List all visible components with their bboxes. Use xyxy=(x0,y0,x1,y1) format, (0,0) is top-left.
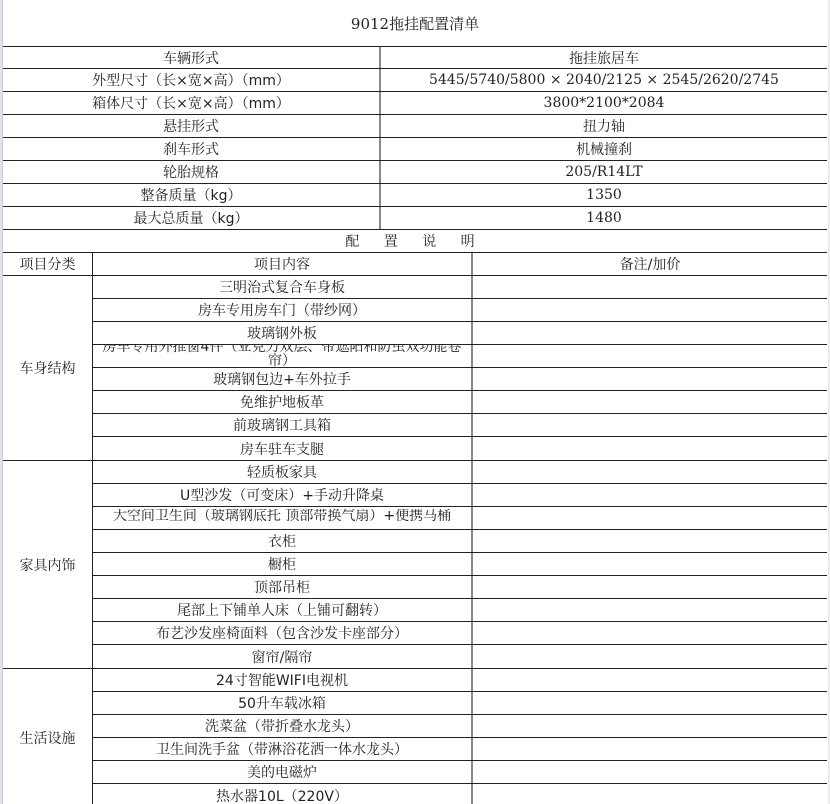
spec-row: 最大总质量（kg） 1480 xyxy=(3,207,827,230)
item-text: 轻质板家具 xyxy=(93,461,473,483)
spec-row: 整备质量（kg） 1350 xyxy=(3,184,827,207)
table-row: 房车专用外推窗4件（亚克力双层、带遮阳和防虫双功能卷帘） xyxy=(93,345,827,368)
item-note xyxy=(473,461,827,483)
table-row: 房车驻车支腿 xyxy=(93,437,827,460)
spec-label: 箱体尺寸（长×宽×高）（mm） xyxy=(3,92,381,114)
item-note xyxy=(473,391,827,413)
header-item: 项目内容 xyxy=(93,253,473,275)
spec-value: 机械撞刹 xyxy=(381,138,827,160)
item-text: U型沙发（可变床）+手动升降桌 xyxy=(93,484,473,506)
item-note xyxy=(473,507,827,529)
item-note xyxy=(473,645,827,668)
item-note xyxy=(473,553,827,575)
item-text: 美的电磁炉 xyxy=(93,761,473,783)
item-text: 热水器10L（220V） xyxy=(93,784,473,804)
spec-label: 车辆形式 xyxy=(3,47,381,68)
table-row: 衣柜 xyxy=(93,530,827,553)
table-row: 大空间卫生间（玻璃钢底托 顶部带换气扇）+便携马桶 xyxy=(93,507,827,530)
item-note xyxy=(473,322,827,344)
spec-label: 悬挂形式 xyxy=(3,115,381,137)
item-note xyxy=(473,414,827,436)
item-text: 房车专用房车门（带纱网） xyxy=(93,299,473,321)
item-text: 免维护地板革 xyxy=(93,391,473,413)
table-row: 24寸智能WIFI电视机 xyxy=(93,669,827,692)
spec-value: 1480 xyxy=(381,207,827,229)
table-row: 洗菜盆（带折叠水龙头） xyxy=(93,715,827,738)
item-note xyxy=(473,622,827,644)
item-text: 房车驻车支腿 xyxy=(93,437,473,460)
item-text: 前玻璃钢工具箱 xyxy=(93,414,473,436)
table-row: 免维护地板革 xyxy=(93,391,827,414)
item-text: 24寸智能WIFI电视机 xyxy=(93,669,473,691)
item-text: 尾部上下铺单人床（上铺可翻转） xyxy=(93,599,473,621)
item-note xyxy=(473,761,827,783)
item-text-wrapper: 大空间卫生间（玻璃钢底托 顶部带换气扇）+便携马桶 xyxy=(93,507,473,529)
spec-value: 5445/5740/5800 × 2040/2125 × 2545/2620/2… xyxy=(381,69,827,91)
table-row: 轻质板家具 xyxy=(93,461,827,484)
table-row: 卫生间洗手盆（带淋浴花洒一体水龙头） xyxy=(93,738,827,761)
item-note xyxy=(473,368,827,390)
item-note xyxy=(473,276,827,298)
item-text: 50升车载冰箱 xyxy=(93,692,473,714)
group-body-structure: 车身结构 三明治式复合车身板 房车专用房车门（带纱网） 玻璃钢外板 房车专用外推… xyxy=(3,276,827,461)
item-note xyxy=(473,576,827,598)
spec-row: 刹车形式 机械撞刹 xyxy=(3,138,827,161)
spec-label: 整备质量（kg） xyxy=(3,184,381,206)
item-text: 房车专用外推窗4件（亚克力双层、带遮阳和防虫双功能卷帘） xyxy=(97,345,467,367)
item-text: 卫生间洗手盆（带淋浴花洒一体水龙头） xyxy=(93,738,473,760)
item-text: 三明治式复合车身板 xyxy=(93,276,473,298)
spec-value: 扭力轴 xyxy=(381,115,827,137)
config-table: 车辆形式 拖挂旅居车 外型尺寸（长×宽×高）（mm） 5445/5740/580… xyxy=(3,46,827,804)
spec-value: 3800*2100*2084 xyxy=(381,92,827,114)
group-category: 生活设施 xyxy=(3,669,93,804)
item-text: 衣柜 xyxy=(93,530,473,552)
item-note xyxy=(473,692,827,714)
group-category: 家具内饰 xyxy=(3,461,93,668)
spec-row: 箱体尺寸（长×宽×高）（mm） 3800*2100*2084 xyxy=(3,92,827,115)
item-text: 玻璃钢包边+车外拉手 xyxy=(93,368,473,390)
table-row: 橱柜 xyxy=(93,553,827,576)
item-note xyxy=(473,784,827,804)
section-title: 配 置 说 明 xyxy=(3,230,827,252)
group-furniture-interior: 家具内饰 轻质板家具 U型沙发（可变床）+手动升降桌 大空间卫生间（玻璃钢底托 … xyxy=(3,461,827,669)
spec-label: 最大总质量（kg） xyxy=(3,207,381,229)
item-note xyxy=(473,715,827,737)
spec-label: 刹车形式 xyxy=(3,138,381,160)
table-row: 尾部上下铺单人床（上铺可翻转） xyxy=(93,599,827,622)
item-note xyxy=(473,345,827,367)
item-text: 顶部吊柜 xyxy=(93,576,473,598)
table-row: 顶部吊柜 xyxy=(93,576,827,599)
column-header-row: 项目分类 项目内容 备注/加价 xyxy=(3,253,827,276)
item-text: 洗菜盆（带折叠水龙头） xyxy=(93,715,473,737)
table-row: 布艺沙发座椅面料（包含沙发卡座部分） xyxy=(93,622,827,645)
spec-label: 轮胎规格 xyxy=(3,161,381,183)
item-note xyxy=(473,437,827,460)
spec-value: 1350 xyxy=(381,184,827,206)
group-living-facilities: 生活设施 24寸智能WIFI电视机 50升车载冰箱 洗菜盆（带折叠水龙头） 卫生… xyxy=(3,669,827,804)
item-note xyxy=(473,738,827,760)
item-note xyxy=(473,299,827,321)
table-row: 玻璃钢包边+车外拉手 xyxy=(93,368,827,391)
item-text-wrapper: 房车专用外推窗4件（亚克力双层、带遮阳和防虫双功能卷帘） xyxy=(93,345,473,367)
table-row: 玻璃钢外板 xyxy=(93,322,827,345)
table-row: 房车专用房车门（带纱网） xyxy=(93,299,827,322)
item-note xyxy=(473,599,827,621)
item-text: 玻璃钢外板 xyxy=(93,322,473,344)
spec-value: 205/R14LT xyxy=(381,161,827,183)
spec-row: 轮胎规格 205/R14LT xyxy=(3,161,827,184)
spec-row: 悬挂形式 扭力轴 xyxy=(3,115,827,138)
group-category: 车身结构 xyxy=(3,276,93,460)
spec-label: 外型尺寸（长×宽×高）（mm） xyxy=(3,69,381,91)
item-note xyxy=(473,530,827,552)
spec-value: 拖挂旅居车 xyxy=(381,47,827,68)
table-row: 热水器10L（220V） xyxy=(93,784,827,804)
item-text: 橱柜 xyxy=(93,553,473,575)
table-row: U型沙发（可变床）+手动升降桌 xyxy=(93,484,827,507)
table-row: 三明治式复合车身板 xyxy=(93,276,827,299)
item-note xyxy=(473,669,827,691)
item-text: 窗帘/隔帘 xyxy=(93,645,473,668)
item-note xyxy=(473,484,827,506)
header-note: 备注/加价 xyxy=(473,253,827,275)
table-row: 50升车载冰箱 xyxy=(93,692,827,715)
spec-row: 车辆形式 拖挂旅居车 xyxy=(3,46,827,69)
section-title-row: 配 置 说 明 xyxy=(3,230,827,253)
spec-row: 外型尺寸（长×宽×高）（mm） 5445/5740/5800 × 2040/21… xyxy=(3,69,827,92)
table-row: 前玻璃钢工具箱 xyxy=(93,414,827,437)
item-text: 大空间卫生间（玻璃钢底托 顶部带换气扇）+便携马桶 xyxy=(97,509,467,523)
document-title: 9012拖挂配置清单 xyxy=(3,0,827,46)
table-row: 窗帘/隔帘 xyxy=(93,645,827,668)
table-row: 美的电磁炉 xyxy=(93,761,827,784)
item-text: 布艺沙发座椅面料（包含沙发卡座部分） xyxy=(93,622,473,644)
header-category: 项目分类 xyxy=(3,253,93,275)
